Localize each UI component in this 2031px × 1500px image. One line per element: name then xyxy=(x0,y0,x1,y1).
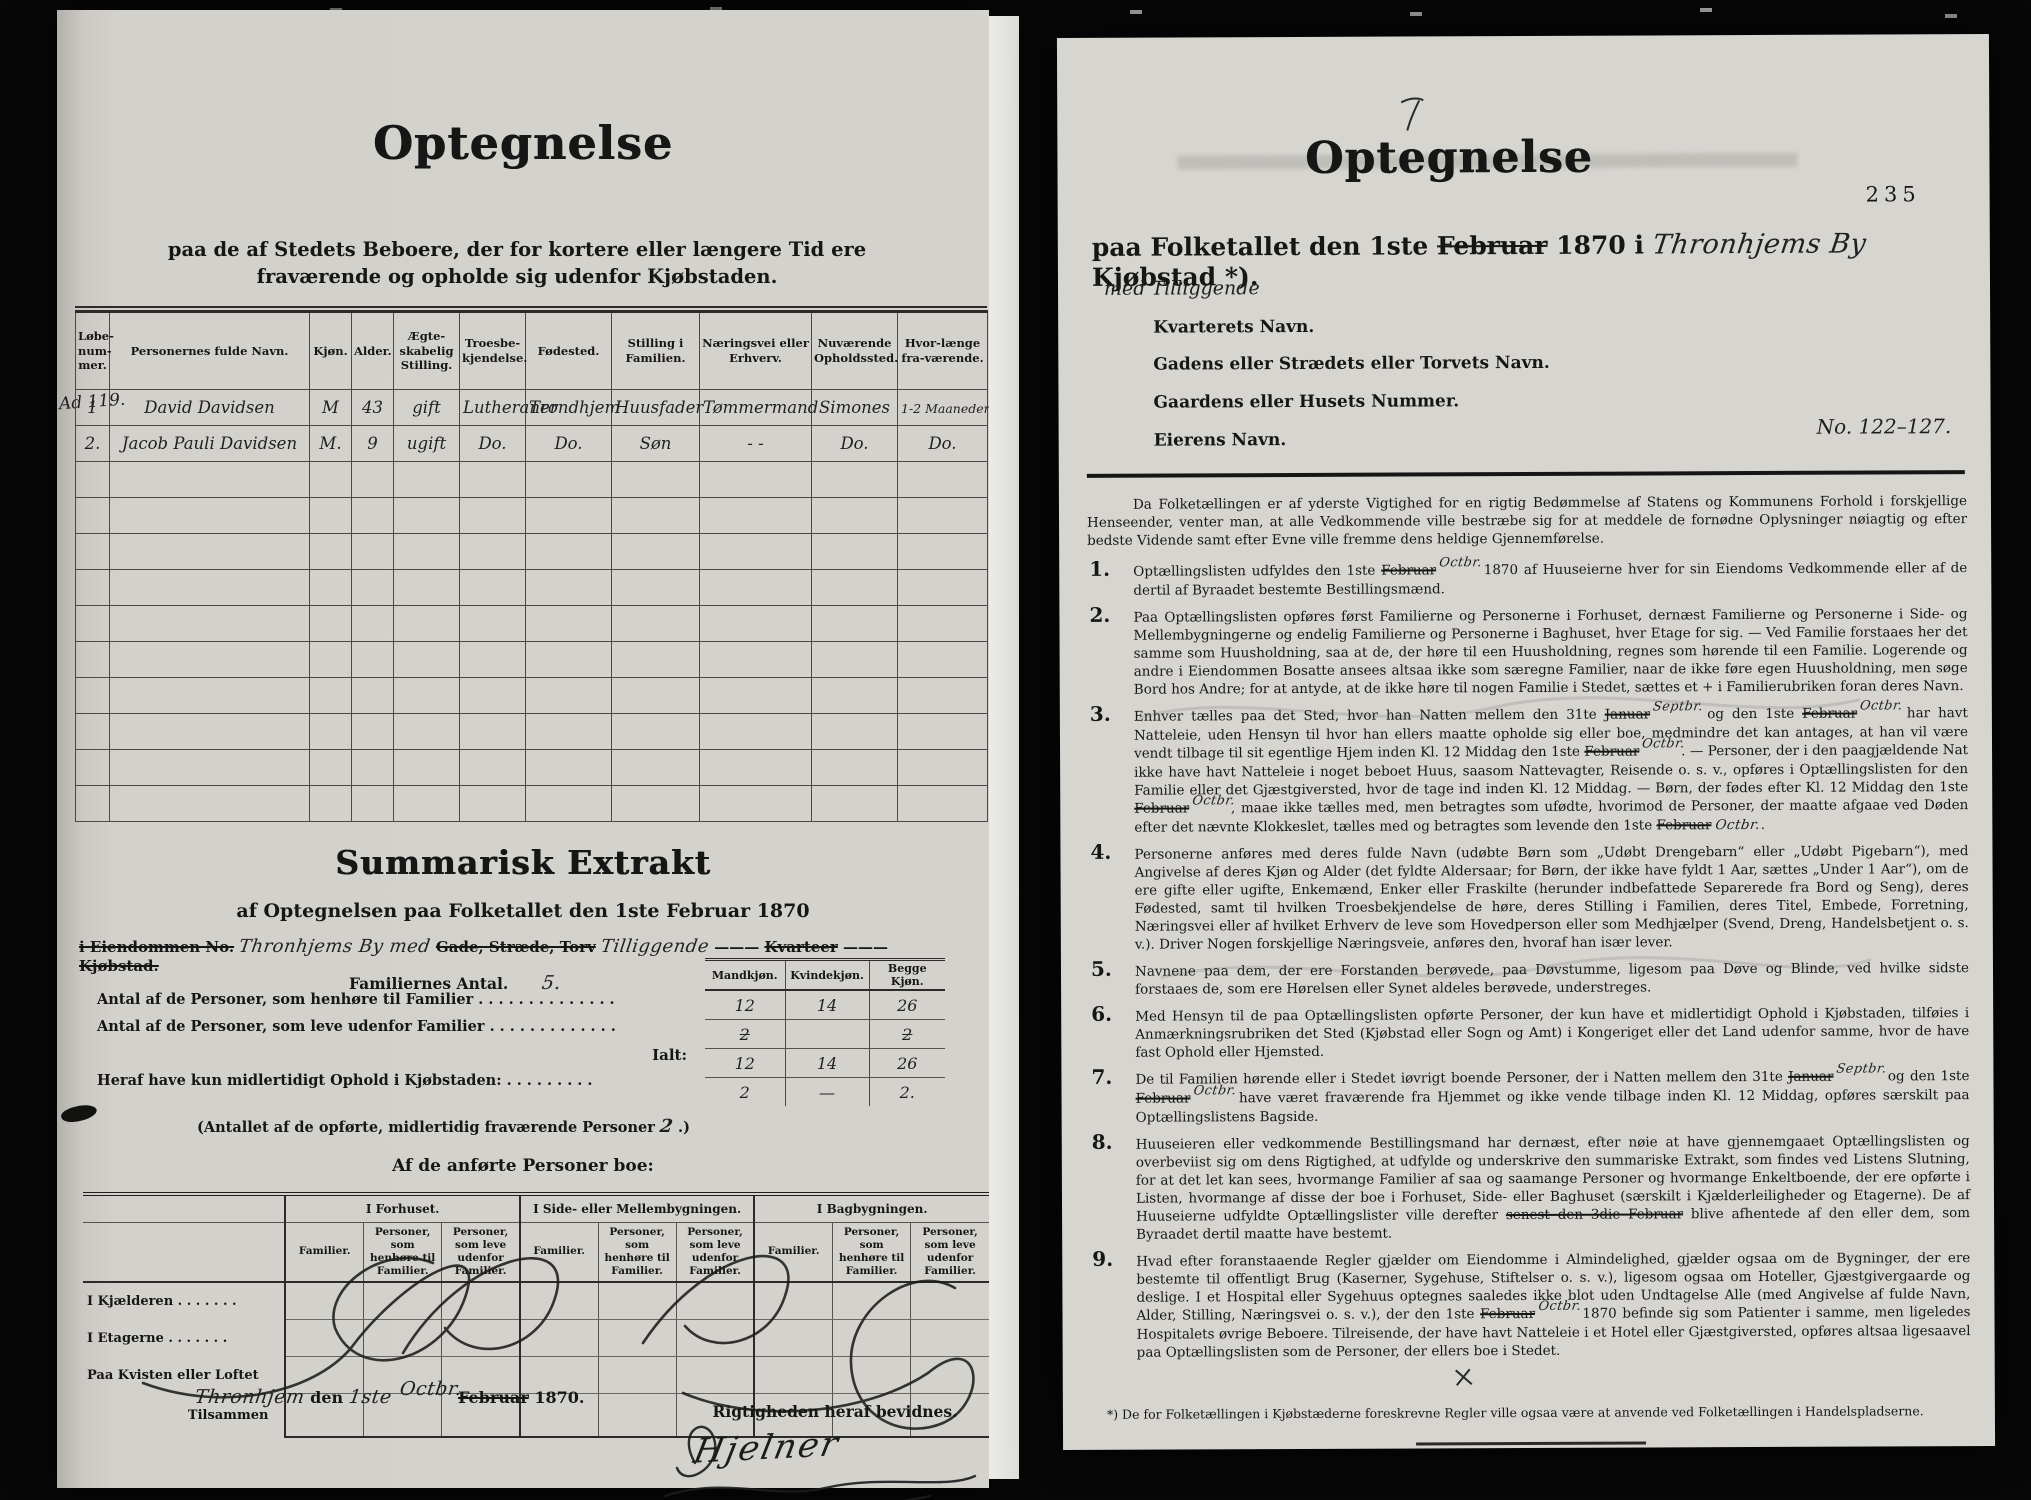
attestation-line: Rigtigheden heraf bevidnes. xyxy=(685,1402,985,1421)
stat-label-total: Ialt: xyxy=(577,1046,687,1064)
empty-cell xyxy=(110,642,310,678)
empty-cell xyxy=(76,642,110,678)
absent-persons-note: (Antallet af de opførte, midlertidig fra… xyxy=(197,1116,690,1137)
stat-value: 14 xyxy=(817,996,837,1015)
stat-value: 2. xyxy=(900,1083,915,1102)
empty-cell xyxy=(352,678,394,714)
stat-value: 2 xyxy=(740,1025,750,1044)
col-header: Næringsvei eller Erhverv. xyxy=(700,312,812,390)
empty-cell xyxy=(460,498,526,534)
empty-cell xyxy=(310,786,352,822)
empty-cell xyxy=(700,462,812,498)
instruction-item-5: 5. Navnene paa dem, der ere Forstanden b… xyxy=(1089,959,1969,999)
field-gadens-navn: Gadens eller Strædets eller Torvets Navn… xyxy=(1153,353,1549,375)
cell-value: Simones xyxy=(819,398,890,417)
cell-value: 1-2 Maaneder xyxy=(901,401,990,416)
table-row-empty xyxy=(76,750,988,786)
table-row-entry-1: 1 David Davidsen M 43 gift Lutheraner Tr… xyxy=(76,390,988,426)
end-rule xyxy=(1416,1441,1646,1445)
empty-cell xyxy=(700,498,812,534)
housing-group-header: I Bagbygningen. xyxy=(754,1194,989,1223)
empty-cell xyxy=(812,534,898,570)
item-number: 2. xyxy=(1089,606,1110,624)
cell-value: Do. xyxy=(478,434,506,453)
signature: Hjelner xyxy=(690,1424,843,1471)
left-page-subtitle: paa de af Stedets Beboere, der for korte… xyxy=(167,236,867,290)
empty-cell xyxy=(352,786,394,822)
absentees-table: Løbe-num-mer. Personernes fulde Navn. Kj… xyxy=(75,306,987,822)
empty-cell xyxy=(754,1320,832,1357)
table-row-empty xyxy=(76,534,988,570)
summary-stats-table: Mandkjøn. Kvindekjøn. Begge Kjøn. 12 14 … xyxy=(705,958,945,1106)
cell-value: Tømmermand xyxy=(703,398,818,417)
footnote: *) De for Folketællingen i Kjøbstæderne … xyxy=(1091,1402,1971,1424)
empty-cell xyxy=(76,714,110,750)
scanned-document-background: Optegnelse paa de af Stedets Beboere, de… xyxy=(0,0,2031,1500)
empty-cell xyxy=(76,786,110,822)
left-page: Optegnelse paa de af Stedets Beboere, de… xyxy=(57,10,989,1488)
empty-cell xyxy=(612,750,700,786)
empty-cell xyxy=(394,714,460,750)
cell-value: David Davidsen xyxy=(144,398,275,417)
empty-cell xyxy=(310,570,352,606)
handwritten-med-tilliggende: med Tilliggende xyxy=(1104,277,1260,300)
instruction-item-7: 7. De til Familien hørende eller i Stede… xyxy=(1089,1067,1969,1127)
housing-subcol: Personer, som henhøre til Familier. xyxy=(833,1223,911,1283)
empty-cell xyxy=(285,1282,363,1320)
item-text: Optællingslisten udfyldes den 1ste Febru… xyxy=(1133,560,1967,599)
item-number: 8. xyxy=(1092,1133,1113,1151)
empty-cell xyxy=(700,678,812,714)
empty-cell xyxy=(310,606,352,642)
stats-row-struck: 2 2 xyxy=(705,1020,945,1049)
empty-cell xyxy=(110,498,310,534)
empty-cell xyxy=(310,462,352,498)
empty-cell xyxy=(911,1282,989,1320)
empty-cell xyxy=(812,678,898,714)
empty-cell xyxy=(898,606,988,642)
empty-cell xyxy=(310,534,352,570)
empty-cell xyxy=(110,606,310,642)
stat-value: 12 xyxy=(735,1054,755,1073)
empty-cell xyxy=(460,642,526,678)
cell-value: Do. xyxy=(928,434,956,453)
item-number: 3. xyxy=(1090,705,1111,723)
empty-cell xyxy=(110,786,310,822)
empty-cell xyxy=(812,750,898,786)
empty-cell xyxy=(76,678,110,714)
right-page-title: Optegnelse xyxy=(1057,131,1840,185)
empty-cell xyxy=(310,642,352,678)
item-text: Paa Optællingslisten opføres først Famil… xyxy=(1133,606,1967,698)
empty-cell xyxy=(812,786,898,822)
empty-cell xyxy=(394,462,460,498)
field-kvarterets-navn: Kvarterets Navn. xyxy=(1153,317,1314,338)
empty-cell xyxy=(612,462,700,498)
empty-cell xyxy=(598,1357,676,1394)
cell-value: Trondhjem xyxy=(529,398,620,417)
empty-cell xyxy=(754,1282,832,1320)
empty-cell xyxy=(520,1282,598,1320)
instruction-item-6: 6. Med Hensyn til de paa Optællingsliste… xyxy=(1089,1004,1969,1062)
empty-cell xyxy=(352,498,394,534)
cell-value: Do. xyxy=(554,434,582,453)
empty-cell xyxy=(526,678,612,714)
col-header: Troesbe-kjendelse. xyxy=(460,312,526,390)
empty-cell xyxy=(812,714,898,750)
empty-cell xyxy=(76,498,110,534)
cell-value: 2. xyxy=(85,434,101,453)
col-header: Kjøn. xyxy=(310,312,352,390)
col-header: Fødested. xyxy=(526,312,612,390)
empty-cell xyxy=(898,462,988,498)
table-row-empty xyxy=(76,498,988,534)
empty-cell xyxy=(898,498,988,534)
table-row-empty xyxy=(76,606,988,642)
empty-cell xyxy=(526,786,612,822)
stats-row: 12 14 26 xyxy=(705,990,945,1020)
right-page: 235 Optegnelse paa Folketallet den 1ste … xyxy=(1057,34,1995,1450)
empty-cell xyxy=(598,1320,676,1357)
empty-cell xyxy=(612,786,700,822)
col-header: Stilling i Familien. xyxy=(612,312,700,390)
empty-cell xyxy=(676,1282,754,1320)
housing-row: I Kjælderen . . . . . . . xyxy=(83,1282,989,1320)
empty-cell xyxy=(352,750,394,786)
cell-value: gift xyxy=(412,398,441,417)
empty-cell xyxy=(352,642,394,678)
stat-value: 26 xyxy=(897,996,917,1015)
housing-subcol: Personer, som leve udenfor Familier. xyxy=(442,1223,520,1283)
housing-row: I Etagerne . . . . . . . xyxy=(83,1320,989,1357)
instruction-item-9: 9. Hvad efter foranstaaende Regler gjæld… xyxy=(1090,1249,1970,1362)
empty-cell xyxy=(898,570,988,606)
table-row-empty xyxy=(76,462,988,498)
empty-cell xyxy=(394,750,460,786)
housing-group-header: I Side- eller Mellembygningen. xyxy=(520,1194,754,1223)
handwritten-house-number: No. 122–127. xyxy=(1817,414,1952,439)
empty-cell xyxy=(110,678,310,714)
empty-cell xyxy=(76,750,110,786)
item-number: 9. xyxy=(1092,1250,1113,1268)
empty-cell xyxy=(812,606,898,642)
stats-row-total: 12 14 26 xyxy=(705,1049,945,1078)
cell-value: Søn xyxy=(640,434,672,453)
empty-cell xyxy=(812,642,898,678)
intro-paragraph: Da Folketællingen er af yderste Vigtighe… xyxy=(1087,492,1967,550)
housing-row-label: I Etagerne . . . . . . . xyxy=(83,1320,285,1357)
date-line: Thronhjem den 1ste Octbr.Februar 1870. xyxy=(195,1386,584,1408)
empty-cell xyxy=(526,570,612,606)
instruction-item-1: 1. Optællingslisten udfyldes den 1ste Fe… xyxy=(1087,559,1967,600)
housing-stub xyxy=(83,1223,285,1283)
table-row-empty xyxy=(76,714,988,750)
empty-cell xyxy=(310,678,352,714)
empty-cell xyxy=(76,570,110,606)
housing-subcol: Familier. xyxy=(285,1223,363,1283)
empty-cell xyxy=(526,534,612,570)
empty-cell xyxy=(76,534,110,570)
item-number: 5. xyxy=(1091,960,1112,978)
item-text: Navnene paa dem, der ere Forstanden berø… xyxy=(1135,960,1969,998)
empty-cell xyxy=(833,1282,911,1320)
col-header: Alder. xyxy=(352,312,394,390)
item-text: Huuseieren eller vedkommende Bestillings… xyxy=(1136,1133,1970,1243)
empty-cell xyxy=(700,534,812,570)
item-text: Enhver tælles paa det Sted, hvor han Nat… xyxy=(1134,705,1968,836)
empty-cell xyxy=(676,1357,754,1394)
instruction-item-2: 2. Paa Optællingslisten opføres først Fa… xyxy=(1087,605,1967,699)
empty-cell xyxy=(700,570,812,606)
empty-cell xyxy=(526,498,612,534)
empty-cell xyxy=(110,570,310,606)
empty-cell xyxy=(812,570,898,606)
empty-cell xyxy=(352,570,394,606)
stat-value: — xyxy=(819,1083,835,1102)
empty-cell xyxy=(898,642,988,678)
empty-cell xyxy=(898,678,988,714)
empty-cell xyxy=(76,462,110,498)
empty-cell xyxy=(460,678,526,714)
empty-cell xyxy=(898,534,988,570)
instruction-item-3: 3. Enhver tælles paa det Sted, hvor han … xyxy=(1088,704,1969,837)
housing-subcol: Familier. xyxy=(520,1223,598,1283)
cell-value: M xyxy=(322,398,339,417)
item-text: Personerne anføres med deres fulde Navn … xyxy=(1134,843,1968,953)
item-text: Hvad efter foranstaaende Regler gjælder … xyxy=(1136,1250,1970,1361)
divider-rule xyxy=(1087,470,1965,478)
col-header: Personernes fulde Navn. xyxy=(110,312,310,390)
col-header: Nuværende Opholdssted. xyxy=(812,312,898,390)
col-header: Løbe-num-mer. xyxy=(76,312,110,390)
empty-cell xyxy=(526,606,612,642)
left-page-title: Optegnelse xyxy=(57,116,989,170)
field-husets-nummer: Gaardens eller Husets Nummer. xyxy=(1153,391,1459,412)
empty-cell xyxy=(812,462,898,498)
empty-cell xyxy=(352,606,394,642)
cell-value: 43 xyxy=(362,398,383,417)
col-header: Ægte-skabelig Stilling. xyxy=(394,312,460,390)
instructions: Da Folketællingen er af yderste Vigtighe… xyxy=(1087,492,1971,1447)
table-row-empty xyxy=(76,642,988,678)
residence-heading: Af de anførte Personer boe: xyxy=(57,1156,989,1176)
housing-subcol: Familier. xyxy=(754,1223,832,1283)
item-number: 4. xyxy=(1090,843,1111,861)
empty-cell xyxy=(394,642,460,678)
item-number: 7. xyxy=(1091,1068,1112,1086)
cell-value: M. xyxy=(319,434,341,453)
empty-cell xyxy=(460,462,526,498)
empty-cell xyxy=(700,642,812,678)
empty-cell xyxy=(598,1282,676,1320)
ink-tick-mark xyxy=(1397,92,1427,132)
housing-subcol: Personer, som leve udenfor Familier. xyxy=(911,1223,989,1283)
field-eierens-navn: Eierens Navn. xyxy=(1154,430,1287,451)
stat-value: 2 xyxy=(740,1083,750,1102)
housing-subcol: Personer, som leve udenfor Familier. xyxy=(676,1223,754,1283)
empty-cell xyxy=(612,534,700,570)
col-header: Hvor-længe fra-værende. xyxy=(898,312,988,390)
empty-cell xyxy=(754,1357,832,1394)
empty-cell xyxy=(442,1320,520,1357)
cell-value: Huusfader xyxy=(615,398,703,417)
empty-cell xyxy=(110,714,310,750)
empty-cell xyxy=(460,786,526,822)
empty-cell xyxy=(598,1394,676,1438)
table-row-empty xyxy=(76,786,988,822)
housing-row-label: I Kjælderen . . . . . . . xyxy=(83,1282,285,1320)
stats-col-header: Begge Kjøn. xyxy=(869,960,945,991)
empty-cell xyxy=(676,1320,754,1357)
empty-cell xyxy=(352,462,394,498)
instruction-item-8: 8. Huuseieren eller vedkommende Bestilli… xyxy=(1090,1132,1970,1244)
instruction-item-4: 4. Personerne anføres med deres fulde Na… xyxy=(1088,842,1968,954)
item-number: 1. xyxy=(1089,560,1110,578)
empty-cell xyxy=(394,606,460,642)
item-number: 6. xyxy=(1091,1005,1112,1023)
cell-value: ugift xyxy=(407,434,446,453)
housing-subcol: Personer, som henhøre til Familier. xyxy=(364,1223,442,1283)
stat-value: 12 xyxy=(735,996,755,1015)
empty-cell xyxy=(110,462,310,498)
item-text: Med Hensyn til de paa Optællingslisten o… xyxy=(1135,1005,1969,1061)
empty-cell xyxy=(364,1282,442,1320)
empty-cell xyxy=(911,1357,989,1394)
empty-cell xyxy=(526,750,612,786)
stat-value: 2 xyxy=(902,1025,912,1044)
stat-label-2: Antal af de Personer, som leve udenfor F… xyxy=(97,1018,616,1035)
empty-cell xyxy=(700,606,812,642)
empty-cell xyxy=(612,642,700,678)
empty-cell xyxy=(700,750,812,786)
empty-cell xyxy=(394,498,460,534)
empty-cell xyxy=(110,534,310,570)
empty-cell xyxy=(352,714,394,750)
empty-cell xyxy=(898,786,988,822)
page-number: 235 xyxy=(1866,182,1921,206)
stats-row-temporary: 2 — 2. xyxy=(705,1078,945,1107)
empty-cell xyxy=(460,570,526,606)
empty-cell xyxy=(612,678,700,714)
cell-value: Jacob Pauli Davidsen xyxy=(122,434,297,453)
empty-cell xyxy=(700,714,812,750)
stat-label-temporary: Heraf have kun midlertidigt Ophold i Kjø… xyxy=(97,1072,592,1089)
empty-cell xyxy=(460,714,526,750)
cell-value: - - xyxy=(747,434,763,453)
empty-cell xyxy=(911,1320,989,1357)
empty-cell xyxy=(812,498,898,534)
stat-value: 14 xyxy=(817,1054,837,1073)
empty-cell xyxy=(700,786,812,822)
empty-cell xyxy=(460,534,526,570)
empty-cell xyxy=(76,606,110,642)
empty-cell xyxy=(352,534,394,570)
cell-value: 9 xyxy=(367,434,378,453)
absentees-table-header: Løbe-num-mer. Personernes fulde Navn. Kj… xyxy=(76,312,988,390)
empty-cell xyxy=(612,714,700,750)
table-row-empty xyxy=(76,570,988,606)
empty-cell xyxy=(460,750,526,786)
housing-subcol: Personer, som henhøre til Familier. xyxy=(598,1223,676,1283)
empty-cell xyxy=(310,750,352,786)
cell-value: 1 xyxy=(87,398,98,417)
empty-cell xyxy=(285,1320,363,1357)
empty-cell xyxy=(612,606,700,642)
stats-col-header: Mandkjøn. xyxy=(705,960,785,991)
stat-value: 26 xyxy=(897,1054,917,1073)
empty-cell xyxy=(833,1357,911,1394)
table-row-empty xyxy=(76,678,988,714)
cell-value: Do. xyxy=(840,434,868,453)
empty-cell xyxy=(526,462,612,498)
empty-cell xyxy=(442,1282,520,1320)
empty-cell xyxy=(394,570,460,606)
empty-cell xyxy=(110,750,310,786)
empty-cell xyxy=(520,1320,598,1357)
summary-extract-title: Summarisk Extrakt xyxy=(57,843,989,882)
empty-cell xyxy=(833,1320,911,1357)
housing-group-header: I Forhuset. xyxy=(285,1194,519,1223)
empty-cell xyxy=(612,570,700,606)
stat-label-1: Antal af de Personer, som henhøre til Fa… xyxy=(97,991,615,1008)
empty-cell xyxy=(310,498,352,534)
empty-cell xyxy=(310,714,352,750)
item-text: De til Familien hørende eller i Stedet i… xyxy=(1135,1068,1969,1126)
empty-cell xyxy=(612,498,700,534)
empty-cell xyxy=(460,606,526,642)
empty-cell xyxy=(526,642,612,678)
empty-cell xyxy=(898,750,988,786)
empty-cell xyxy=(394,534,460,570)
housing-stub xyxy=(83,1194,285,1223)
empty-cell xyxy=(526,714,612,750)
summary-extract-subtitle: af Optegnelsen paa Folketallet den 1ste … xyxy=(57,900,989,922)
table-row-entry-2: 2. Jacob Pauli Davidsen M. 9 ugift Do. D… xyxy=(76,426,988,462)
stats-col-header: Kvindekjøn. xyxy=(785,960,869,991)
empty-cell xyxy=(394,786,460,822)
ink-blot xyxy=(60,1102,99,1125)
empty-cell xyxy=(394,678,460,714)
empty-cell xyxy=(364,1320,442,1357)
empty-cell xyxy=(898,714,988,750)
